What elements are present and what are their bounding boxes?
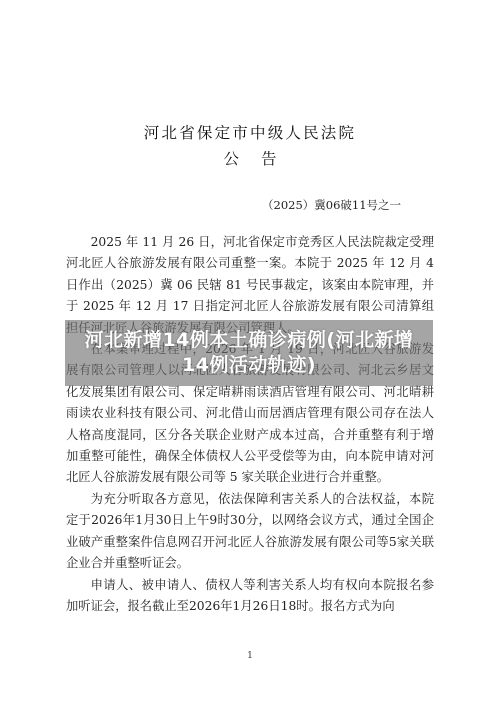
- paragraph-registration: 申请人、被申请人、债权人等利害关系人均有权向本院报名参加听证会，报名截止至202…: [66, 575, 434, 618]
- court-name-heading: 河北省保定市中级人民法院: [0, 121, 500, 143]
- case-number: （2025）冀06破11号之一: [262, 197, 401, 213]
- paragraph-hearing: 为充分听取各方意见，依法保障利害关系人的合法权益，本院定于2026年1月30日上…: [66, 489, 434, 575]
- headline-overlay-text: 河北新增14例本土确诊病例(河北新增14例活动轨迹): [79, 328, 419, 378]
- notice-body: 2025 年 11 月 26 日，河北省保定市竞秀区人民法院裁定受理河北匠人谷旅…: [66, 232, 434, 617]
- headline-overlay-banner: 河北新增14例本土确诊病例(河北新增14例活动轨迹): [65, 320, 433, 386]
- notice-title: 公告: [0, 147, 500, 169]
- page-number: 1: [0, 651, 500, 661]
